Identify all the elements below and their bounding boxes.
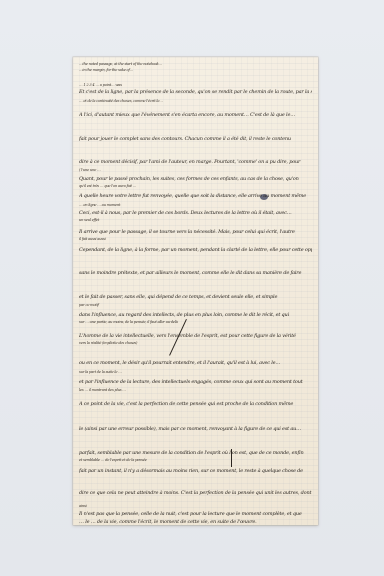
handwritten-line: … le … de la vie, comme l'écrit, le mome…	[79, 518, 312, 527]
handwritten-line: Cependant, de la ligne, à la forme, par …	[79, 246, 312, 255]
handwritten-line: ou en ce moment, le désir qu'il pourrait…	[79, 359, 312, 368]
handwritten-line: … en ligne … au moment	[79, 202, 312, 208]
handwritten-line: les … il montrant des plus …	[79, 387, 312, 393]
handwritten-line: un seul effet	[79, 217, 312, 223]
handwritten-line: le (ainsi par une erreur possible), mais…	[79, 425, 312, 434]
handwritten-line: dire à ce moment décisif, par l'ami de l…	[79, 158, 312, 167]
handwritten-line: A l'ici, d'autant mieux que l'événement …	[79, 111, 312, 120]
handwritten-line: A ce point de la vie, c'est la perfectio…	[79, 400, 312, 409]
handwritten-line: …in the margin, for the sake of…	[79, 67, 312, 73]
handwritten-line: et le fait de passer, sans elle, qui dép…	[79, 293, 312, 302]
handwritten-line: ainsi	[79, 503, 312, 509]
handwritten-line: qu'il est très … que l'on aura fait …	[79, 183, 312, 189]
handwritten-line: fait pour jouer le complet sans des cont…	[79, 135, 312, 144]
handwritten-line: sur la part de la suite le …	[79, 369, 312, 375]
handwritten-line: il fait aussi aussi	[79, 236, 312, 242]
handwritten-line: par ce motif	[79, 302, 312, 308]
handwritten-line: fait par un instant, il n'y a désormais …	[79, 467, 312, 476]
handwritten-line: et semblable … de l'esprit et de la pens…	[79, 457, 312, 463]
handwritten-line: vers la réalité (implicite des choses)	[79, 340, 312, 346]
handwritten-line: sur … une partie, au moins, de la pensée…	[79, 319, 312, 325]
handwritten-line: dire ce que cela ne peut atteindre à moi…	[79, 489, 312, 498]
handwritten-line: sans le moindre prétexte, et par ailleur…	[79, 269, 312, 278]
handwritten-line: A quelle heure votre lettre fut renvoyée…	[79, 192, 312, 201]
manuscript-page: …the noted passage, at the start of the …	[73, 57, 318, 525]
handwritten-line: et par l'influence de la lecture, des in…	[79, 378, 312, 387]
handwritten-line: Et c'est de la ligne, par la présence de…	[79, 88, 312, 97]
handwritten-line: ( l'une une …	[79, 167, 312, 173]
handwritten-line: … et de la continuité des choses, comme …	[79, 98, 312, 104]
